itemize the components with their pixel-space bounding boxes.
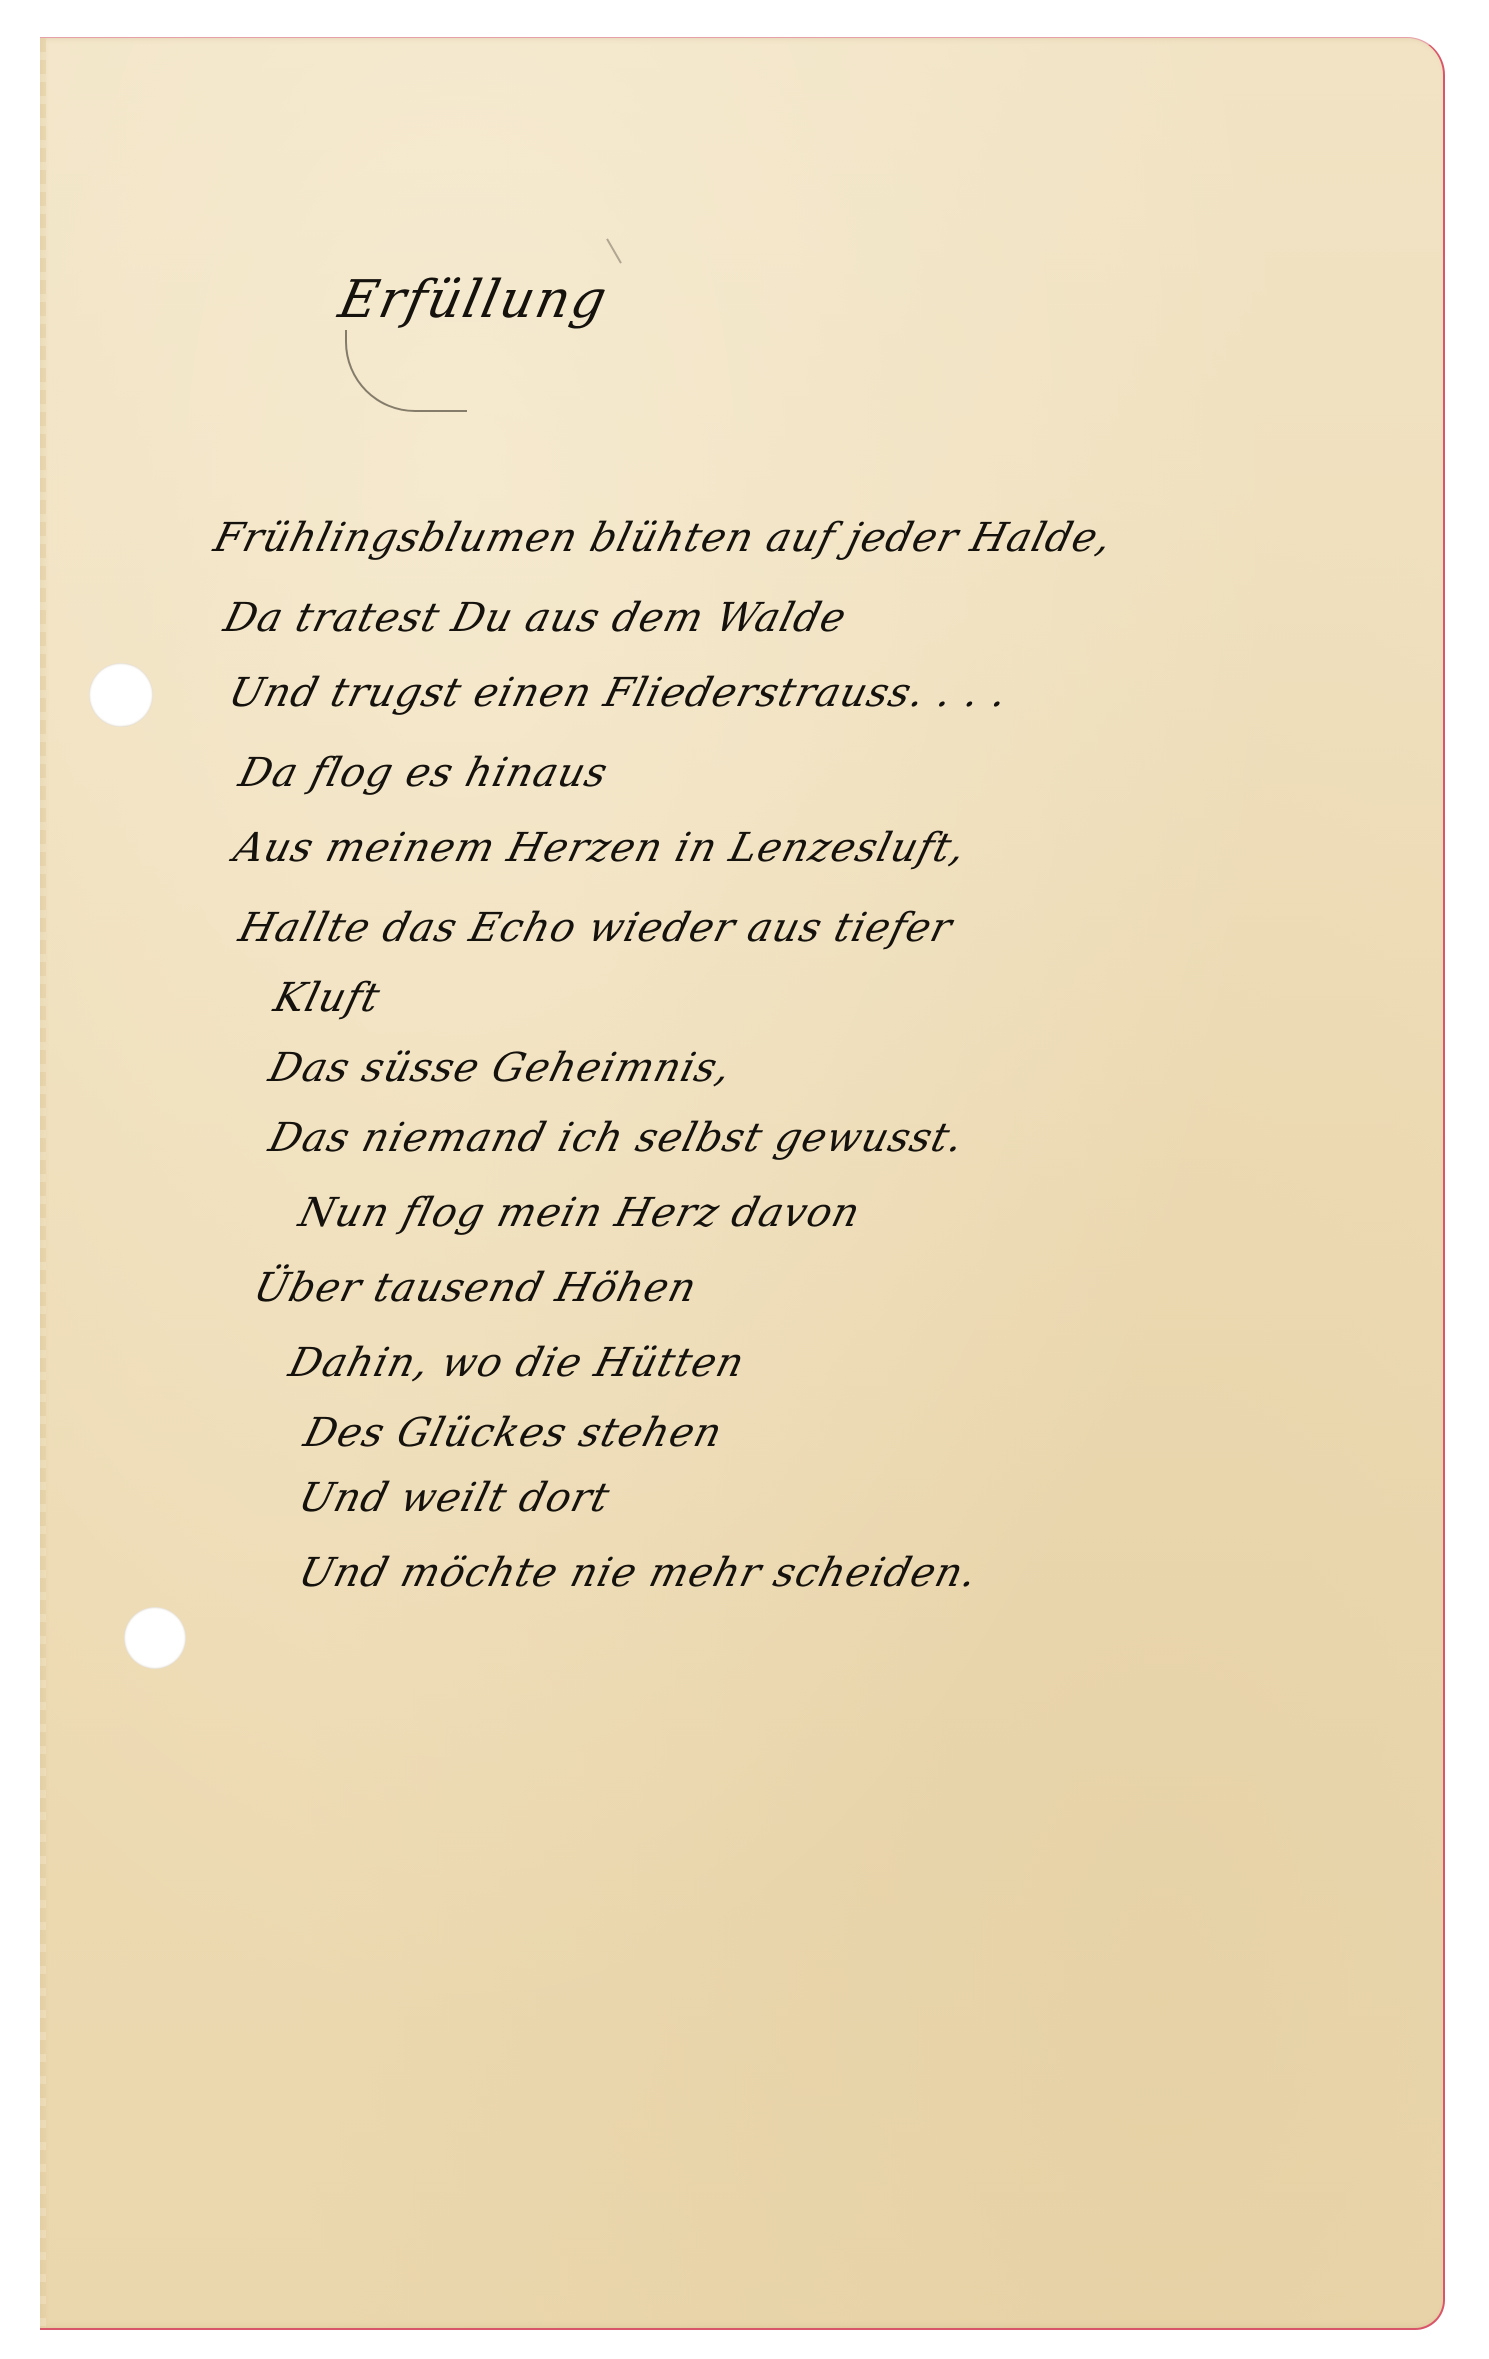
poem-line: Aus meinem Herzen in Lenzesluft, — [229, 825, 970, 871]
poem-line: Das niemand ich selbst gewusst. — [264, 1115, 968, 1161]
manuscript-text: Erfüllung Frühlingsblumen blühten auf je… — [0, 0, 1489, 2359]
pencil-mark — [606, 238, 622, 263]
poem-line: Frühlingsblumen blühten auf jeder Halde, — [209, 515, 1117, 561]
poem-line: Des Glückes stehen — [299, 1410, 727, 1456]
poem-line: Das süsse Geheimnis, — [264, 1045, 736, 1091]
poem-line: Nun flog mein Herz davon — [294, 1190, 865, 1236]
poem-line: Kluft — [269, 975, 385, 1021]
poem-line: Und weilt dort — [294, 1475, 614, 1521]
poem-line: Über tausend Höhen — [249, 1265, 701, 1311]
poem-line: Dahin, wo die Hütten — [284, 1340, 749, 1386]
poem-line: Und trugst einen Fliederstrauss. . . . — [224, 670, 1012, 716]
poem-line: Und möchte nie mehr scheiden. — [294, 1550, 982, 1596]
poem-line: Da flog es hinaus — [234, 750, 612, 796]
poem-line: Hallte das Echo wieder aus tiefer — [234, 905, 957, 951]
poem-line: Da tratest Du aus dem Walde — [219, 595, 851, 641]
poem-title: Erfüllung — [334, 270, 614, 330]
title-flourish — [345, 330, 467, 412]
